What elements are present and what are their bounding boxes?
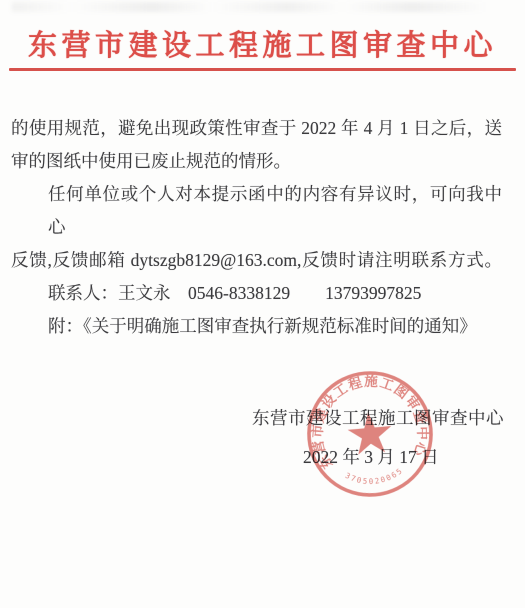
body-line-2: 审的图纸中使用已废止规范的情形。: [11, 145, 502, 178]
body-line-3: 任何单位或个人对本提示函中的内容有异议时，可向我中心: [11, 178, 502, 244]
official-seal: 东营市建设工程施工图审查中心 37050200657: [293, 357, 447, 511]
document-page: 东营市建设工程施工图审查中心 的使用规范，避免出现政策性审查于 2022 年 4…: [0, 0, 525, 608]
document-body: 的使用规范，避免出现政策性审查于 2022 年 4 月 1 日之后，送 审的图纸…: [11, 112, 502, 343]
letterhead-rule: [9, 68, 516, 71]
body-line-4: 反馈,反馈邮箱 dytszgb8129@163.com,反馈时请注明联系方式。: [11, 244, 502, 277]
scan-artifact: [12, 2, 512, 12]
contact-line: 联系人：王文永 0546-8338129 13793997825: [11, 277, 502, 310]
letterhead-title: 东营市建设工程施工图审查中心: [6, 30, 519, 63]
attachment-line: 附：《关于明确施工图审查执行新规范标准时间的通知》: [11, 310, 502, 343]
body-line-1: 的使用规范，避免出现政策性审查于 2022 年 4 月 1 日之后，送: [11, 112, 502, 145]
seal-star-icon: [346, 410, 393, 455]
